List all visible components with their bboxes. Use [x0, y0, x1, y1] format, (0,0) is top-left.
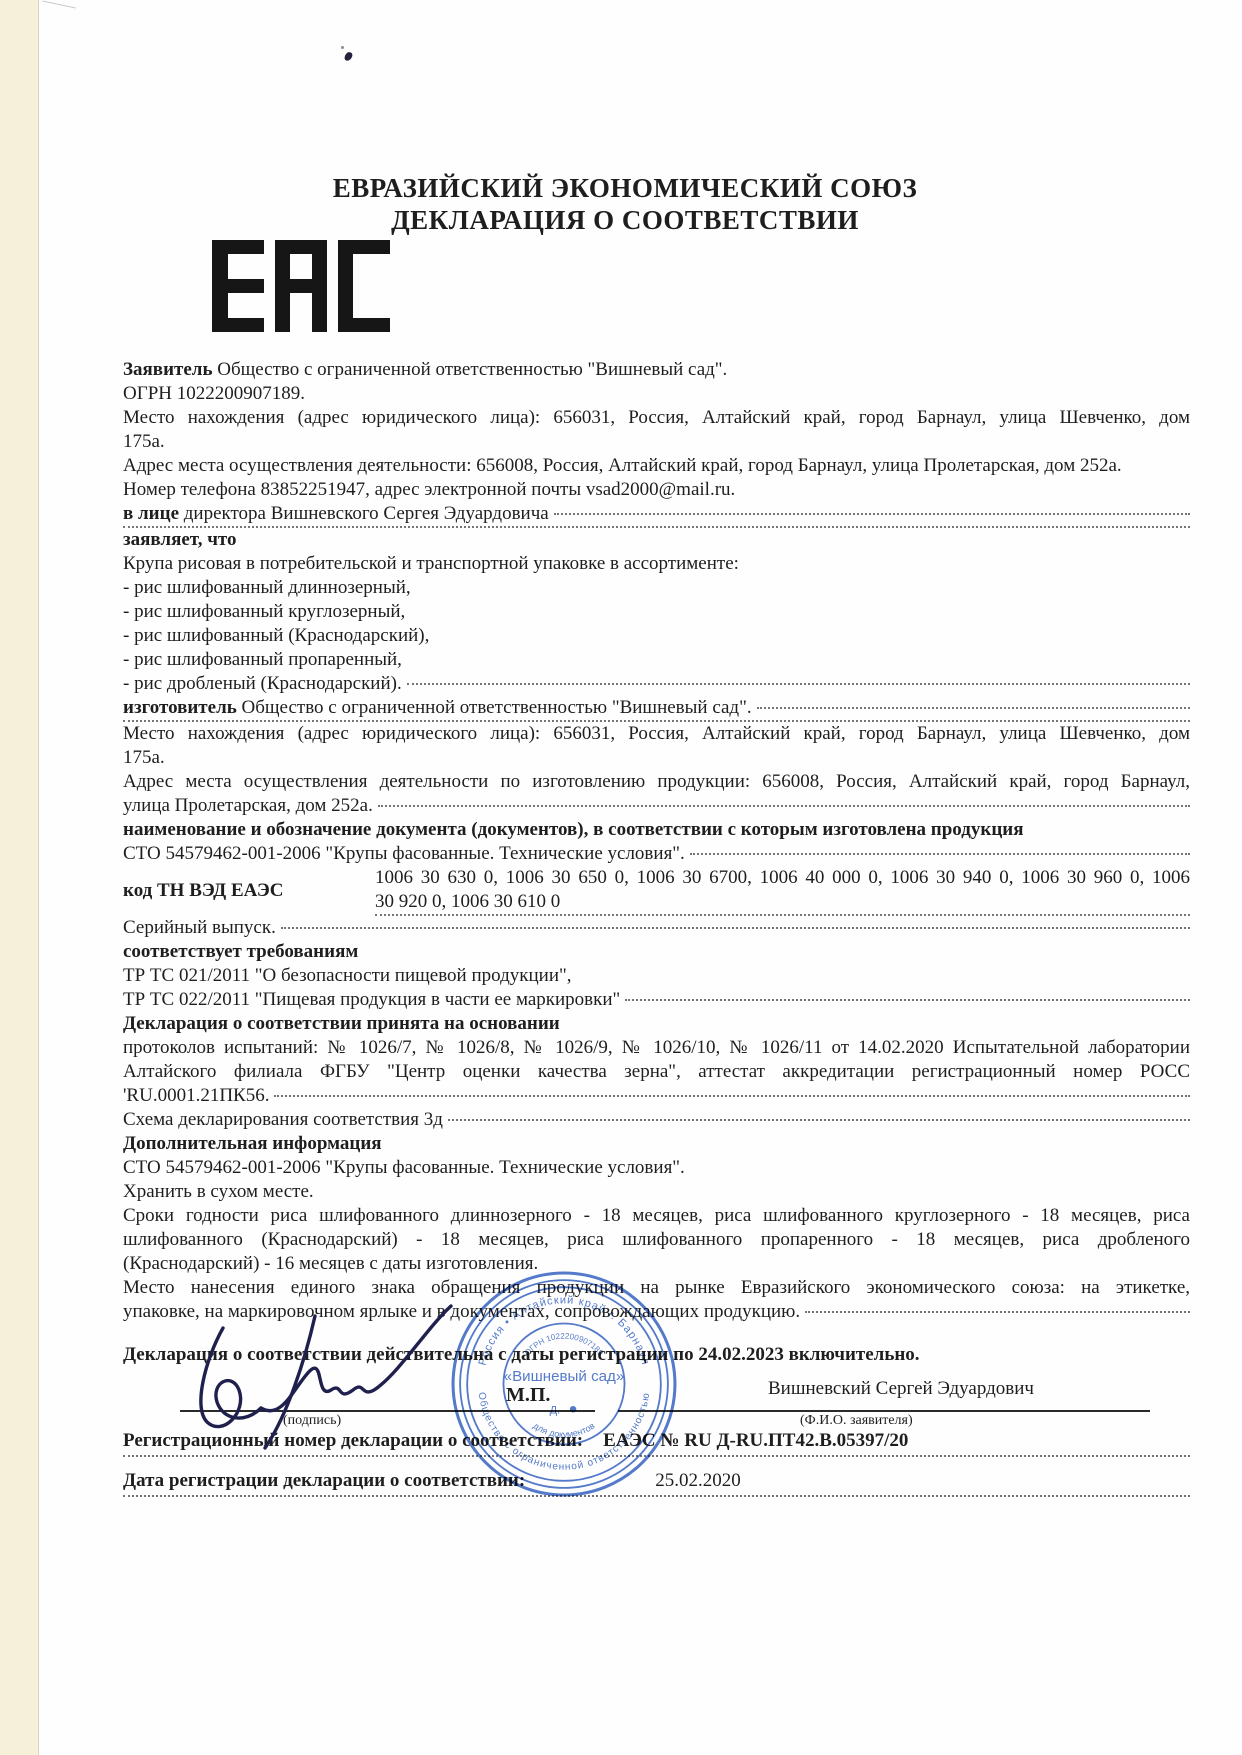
fio-caption: (Ф.И.О. заявителя): [800, 1413, 913, 1429]
manufacturer-address-activity-text: улица Пролетарская, дом 252а.: [123, 794, 373, 818]
product-item: - рис шлифованный (Краснодарский),: [123, 624, 1190, 648]
manufacturer-address-activity-line1: Адрес места осуществления деятельности п…: [123, 770, 1190, 794]
scanned-declaration-page: ЕВРАЗИЙСКИЙ ЭКОНОМИЧЕСКИЙ СОЮЗ ДЕКЛАРАЦИ…: [0, 0, 1242, 1755]
extra-info-label: Дополнительная информация: [123, 1132, 1190, 1156]
extra-sto-line: СТО 54579462-001-2006 "Крупы фасованные.…: [123, 1156, 1190, 1180]
tnved-block: код ТН ВЭД ЕАЭС 1006 30 630 0, 1006 30 6…: [123, 866, 1190, 916]
serial-text: Серийный выпуск.: [123, 916, 276, 940]
product-item: - рис шлифованный длиннозерный,: [123, 576, 1190, 600]
stamp-inner-top-text: ОГРН 1022200907189: [523, 1332, 606, 1358]
svg-text:Россия • Алтайский край г. Бар: Россия • Алтайский край г. Барнаул: [477, 1294, 652, 1367]
declares-line: заявляет, что: [123, 528, 1190, 552]
in-person-text: в лице директора Вишневского Сергея Эдуа…: [123, 502, 549, 526]
stamp-dot: [570, 1406, 576, 1412]
product-item: - рис шлифованный круглозерный,: [123, 600, 1190, 624]
eac-logo: [212, 240, 390, 332]
title-line2: ДЕКЛАРАЦИЯ О СООТВЕТСТВИИ: [240, 204, 1010, 236]
storage-line: Хранить в сухом месте.: [123, 1180, 1190, 1204]
document-body: Заявитель Общество с ограниченной ответс…: [123, 358, 1190, 1324]
product-item-text: - рис дробленый (Краснодарский).: [123, 672, 402, 696]
ink-blot: [344, 51, 353, 62]
protocols-line1: протоколов испытаний: № 1026/7, № 1026/8…: [123, 1036, 1190, 1060]
applicant-value: Общество с ограниченной ответственностью…: [213, 359, 728, 380]
doc-basis-label: наименование и обозначение документа (до…: [123, 818, 1190, 842]
dotted-filler: [554, 513, 1190, 515]
scheme-text: Схема декларирования соответствия 3д: [123, 1108, 443, 1132]
manufacturer-line: изготовитель Общество с ограниченной отв…: [123, 696, 1190, 722]
tnved-codes-line2: 30 920 0, 1006 30 610 0: [375, 890, 1190, 914]
conforms-label: соответствует требованиям: [123, 940, 1190, 964]
manufacturer-label: изготовитель: [123, 697, 237, 718]
tr-regulation-2: ТР ТС 022/2011 "Пищевая продукция в част…: [123, 988, 1190, 1012]
stamp-sub-text: Д.: [550, 1404, 561, 1416]
manufacturer-value: Общество с ограниченной ответственностью…: [237, 697, 752, 718]
protocols-line2: Алтайского филиала ФГБУ "Центр оценки ка…: [123, 1060, 1190, 1084]
in-person-value: директора Вишневского Сергея Эдуардовича: [179, 503, 549, 524]
product-item-last: - рис дробленый (Краснодарский).: [123, 672, 1190, 696]
dotted-filler: [625, 999, 1190, 1001]
tnved-label: код ТН ВЭД ЕАЭС: [123, 879, 375, 903]
serial-line: Серийный выпуск.: [123, 916, 1190, 940]
stamp-center-text: «Вишневый сад»: [504, 1368, 625, 1385]
address-legal-line2: 175а.: [123, 430, 1190, 454]
ink-blot-small: [341, 46, 344, 49]
tnved-codes-line1: 1006 30 630 0, 1006 30 650 0, 1006 30 67…: [375, 866, 1190, 890]
manufacturer-address-legal-line1: Место нахождения (адрес юридического лиц…: [123, 722, 1190, 746]
dotted-filler: [448, 1119, 1190, 1121]
dotted-filler: [757, 707, 1190, 709]
scan-edge-strip: [0, 0, 39, 1755]
protocols-line3: 'RU.0001.21ПК56.: [123, 1084, 1190, 1108]
product-intro-line: Крупа рисовая в потребительской и трансп…: [123, 552, 1190, 576]
basis-label: Декларация о соответствии принята на осн…: [123, 1012, 1190, 1036]
address-activity-line: Адрес места осуществления деятельности: …: [123, 454, 1190, 478]
dotted-filler: [378, 805, 1190, 807]
doc-basis-value: СТО 54579462-001-2006 "Крупы фасованные.…: [123, 842, 685, 866]
manufacturer-text: изготовитель Общество с ограниченной отв…: [123, 696, 752, 720]
dotted-filler: [274, 1095, 1190, 1097]
dotted-filler: [407, 683, 1190, 685]
applicant-label: Заявитель: [123, 359, 213, 380]
svg-text:ОГРН 1022200907189: ОГРН 1022200907189: [523, 1332, 606, 1358]
scheme-line: Схема декларирования соответствия 3д: [123, 1108, 1190, 1132]
dotted-filler: [690, 853, 1190, 855]
shelf-life-line1: Сроки годности риса шлифованного длинноз…: [123, 1204, 1190, 1228]
svg-text:для документов: для документов: [531, 1420, 596, 1439]
title-line1: ЕВРАЗИЙСКИЙ ЭКОНОМИЧЕСКИЙ СОЮЗ: [240, 172, 1010, 204]
dotted-filler: [805, 1311, 1190, 1313]
document-title: ЕВРАЗИЙСКИЙ ЭКОНОМИЧЕСКИЙ СОЮЗ ДЕКЛАРАЦИ…: [240, 172, 1010, 236]
phone-line: Номер телефона 83852251947, адрес электр…: [123, 478, 1190, 502]
in-person-label: в лице: [123, 503, 179, 524]
doc-basis-value-line: СТО 54579462-001-2006 "Крупы фасованные.…: [123, 842, 1190, 866]
stamp-ring-top-text: Россия • Алтайский край г. Барнаул: [477, 1294, 652, 1367]
fio-line: [618, 1410, 1150, 1412]
tr-regulation-1: ТР ТС 021/2011 "О безопасности пищевой п…: [123, 964, 1190, 988]
handwritten-signature: [165, 1290, 465, 1455]
ogrn-line: ОГРН 1022200907189.: [123, 382, 1190, 406]
applicant-line: Заявитель Общество с ограниченной ответс…: [123, 358, 1190, 382]
tnved-codes: 1006 30 630 0, 1006 30 650 0, 1006 30 67…: [375, 866, 1190, 916]
address-legal-line1: Место нахождения (адрес юридического лиц…: [123, 406, 1190, 430]
scan-scratch-mark: [42, 0, 75, 8]
manufacturer-address-legal-line2: 175а.: [123, 746, 1190, 770]
company-round-stamp: Россия • Алтайский край г. Барнаул Общес…: [448, 1268, 680, 1500]
tr-regulation-2-text: ТР ТС 022/2011 "Пищевая продукция в част…: [123, 988, 620, 1012]
shelf-life-line2: шлифованного (Краснодарский) - 18 месяце…: [123, 1228, 1190, 1252]
in-person-line: в лице директора Вишневского Сергея Эдуа…: [123, 502, 1190, 528]
dotted-filler: [281, 927, 1190, 929]
stamp-inner-bottom-text: для документов: [531, 1420, 596, 1439]
manufacturer-address-activity-line2: улица Пролетарская, дом 252а.: [123, 794, 1190, 818]
protocols-line3-text: 'RU.0001.21ПК56.: [123, 1084, 269, 1108]
product-item: - рис шлифованный пропаренный,: [123, 648, 1190, 672]
applicant-fio: Вишневский Сергей Эдуардович: [768, 1378, 1034, 1400]
